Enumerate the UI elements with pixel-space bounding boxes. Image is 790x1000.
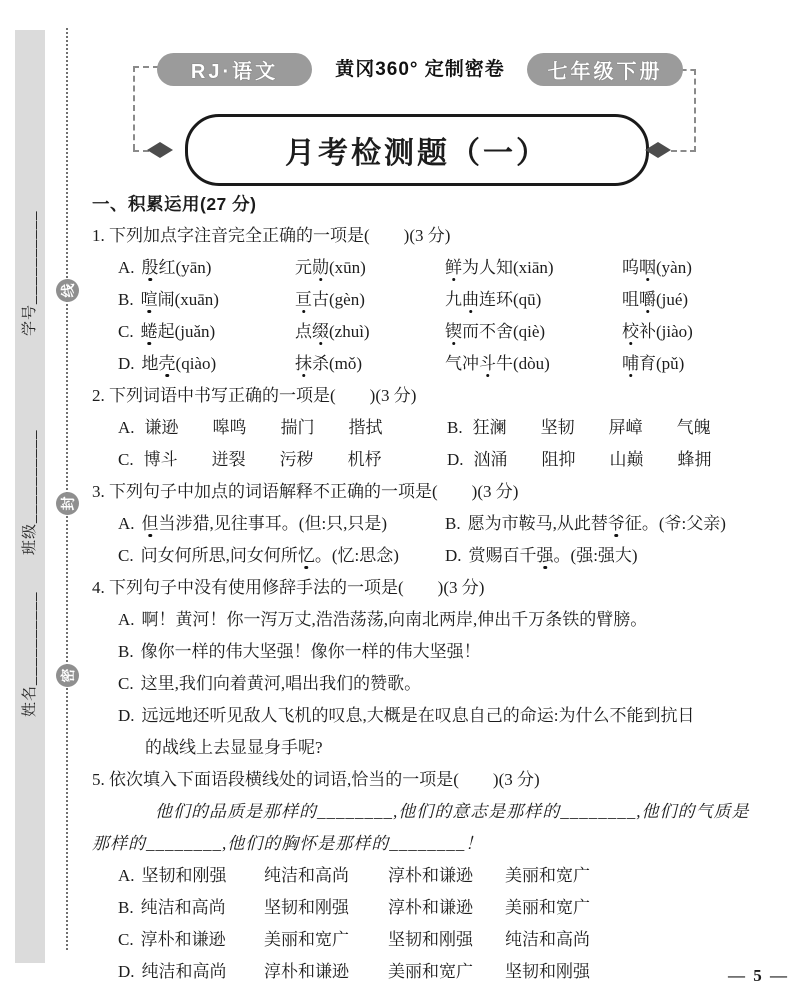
q5-paragraph-line1: 他们的品质是那样的________,他们的意志是那样的________,他们的气…: [92, 796, 714, 828]
q1-row-b: B.喧闹(xuān) 亘古(gèn) 九曲连环(qū) 咀嚼(jué): [92, 284, 714, 316]
option-label: A.: [118, 610, 135, 629]
option-text: 问女何所思,问女何所忆。(忆:思念): [141, 546, 399, 565]
option-text: 这里,我们向着黄河,唱出我们的赞歌。: [141, 674, 422, 693]
option-group-b: B. 狂澜 坚韧 屏嶂 气魄: [447, 412, 714, 444]
option-label: B.: [447, 412, 463, 444]
option-cell: 元勋(xūn): [295, 252, 445, 284]
option-label: C.: [118, 674, 134, 693]
class-label: 班级__________: [19, 415, 41, 555]
word: 屏嶂: [609, 412, 643, 444]
word: 坚韧: [541, 412, 575, 444]
q4-option-a: A.啊！黄河！你一泻万丈,浩浩荡荡,向南北两岸,伸出千万条铁的臂膀。: [92, 604, 714, 636]
option-text: 喧闹(xuān): [141, 290, 219, 309]
option-label: A.: [118, 412, 135, 444]
word: 博斗: [144, 444, 178, 476]
paper-title-box: 月考检测题（一）: [185, 114, 649, 186]
seal-char-line: 线: [56, 279, 79, 302]
q4-option-c: C.这里,我们向着黄河,唱出我们的赞歌。: [92, 668, 714, 700]
option-text: 像你一样的伟大坚强！像你一样的伟大坚强！: [141, 642, 481, 661]
word: 汹涌: [474, 444, 508, 476]
option-text: 愿为市鞍马,从此替爷征。(爷:父亲): [468, 514, 726, 533]
option-cell: 淳朴和谦逊: [388, 892, 505, 924]
q1-stem: 1. 下列加点字注音完全正确的一项是( )(3 分): [92, 220, 714, 252]
option-cell: A.殷红(yān): [118, 252, 295, 284]
option-cell: 咀嚼(jué): [622, 284, 714, 316]
question-3: 3. 下列句子中加点的词语解释不正确的一项是( )(3 分) A.但当涉猎,见往…: [92, 476, 714, 572]
q4-stem: 4. 下列句子中没有使用修辞手法的一项是( )(3 分): [92, 572, 714, 604]
seal-char-mi: 密: [56, 664, 79, 687]
option-label: D.: [118, 962, 135, 981]
option-text: 啊！黄河！你一泻万丈,浩浩荡荡,向南北两岸,伸出千万条铁的臂膀。: [142, 610, 648, 629]
option-text: 赏赐百千强。(强:强大): [469, 546, 638, 565]
option-text: 纯洁和高尚: [141, 898, 226, 917]
option-cell: 点缀(zhuì): [295, 316, 445, 348]
option-text: 坚韧和刚强: [142, 866, 227, 885]
option-cell: D.赏赐百千强。(强:强大): [445, 540, 714, 572]
option-cell: 美丽和宽广: [264, 924, 388, 956]
q2-row-cd: C. 博斗 迸裂 污秽 机杼 D. 汹涌 阻抑 山巅 蜂拥: [92, 444, 714, 476]
option-cell: B.纯洁和高尚: [118, 892, 264, 924]
word: 迸裂: [212, 444, 246, 476]
q5-row-a: A.坚韧和刚强 纯洁和高尚 淳朴和谦逊 美丽和宽广: [92, 860, 714, 892]
option-group-d: D. 汹涌 阻抑 山巅 蜂拥: [447, 444, 714, 476]
dashed-connector-right-vertical: [694, 69, 696, 152]
q3-stem: 3. 下列句子中加点的词语解释不正确的一项是( )(3 分): [92, 476, 714, 508]
q2-stem: 2. 下列词语中书写正确的一项是( )(3 分): [92, 380, 714, 412]
q5-row-d: D.纯洁和高尚 淳朴和谦逊 美丽和宽广 坚韧和刚强: [92, 956, 714, 988]
option-text: 殷红(yān): [142, 258, 212, 277]
option-cell: 美丽和宽广: [505, 892, 714, 924]
student-id-label: 学号__________: [19, 196, 41, 336]
option-cell: D.地壳(qiào): [118, 348, 295, 380]
option-text: 纯洁和高尚: [142, 962, 227, 981]
option-cell: 坚韧和刚强: [388, 924, 505, 956]
word: 狂澜: [473, 412, 507, 444]
grade-badge: 七年级下册: [527, 53, 683, 86]
q4-option-d-continuation: 的战线上去显显身手呢?: [92, 732, 714, 764]
word: 蜂拥: [678, 444, 712, 476]
q5-stem: 5. 依次填入下面语段横线处的词语,恰当的一项是( )(3 分): [92, 764, 714, 796]
seal-dotted-line: [66, 28, 68, 950]
word: 污秽: [280, 444, 314, 476]
option-text: 淳朴和谦逊: [141, 930, 226, 949]
option-label: D.: [447, 444, 464, 476]
word: 气魄: [677, 412, 711, 444]
word: 山巅: [610, 444, 644, 476]
option-cell: 美丽和宽广: [505, 860, 714, 892]
option-cell: 气冲斗牛(dòu): [445, 348, 622, 380]
dashed-connector-left-vertical: [133, 66, 135, 150]
page-number: — 5 —: [728, 966, 789, 986]
question-2: 2. 下列词语中书写正确的一项是( )(3 分) A. 谦逊 嗥鸣 揣门 揩拭 …: [92, 380, 714, 476]
brand-title: 黄冈360° 定制密卷: [315, 55, 525, 85]
word: 机杼: [348, 444, 382, 476]
option-label: C.: [118, 322, 134, 341]
dashed-connector-right-top: [681, 69, 696, 71]
option-cell: B.喧闹(xuān): [118, 284, 295, 316]
option-label: D.: [118, 354, 135, 373]
option-text: 地壳(qiào): [142, 354, 217, 373]
option-cell: 校补(jiào): [622, 316, 714, 348]
option-label: B.: [118, 898, 134, 917]
section-heading: 一、积累运用(27 分): [92, 188, 714, 220]
option-cell: 鲜为人知(xiān): [445, 252, 622, 284]
option-cell: 九曲连环(qū): [445, 284, 622, 316]
q3-row-ab: A.但当涉猎,见往事耳。(但:只,只是) B.愿为市鞍马,从此替爷征。(爷:父亲…: [92, 508, 714, 540]
name-label: 姓名__________: [19, 577, 41, 717]
word: 揩拭: [349, 412, 383, 444]
option-label: D.: [445, 546, 462, 565]
q2-row-ab: A. 谦逊 嗥鸣 揣门 揩拭 B. 狂澜 坚韧 屏嶂 气魄: [92, 412, 714, 444]
option-cell: 坚韧和刚强: [505, 956, 714, 988]
option-label: C.: [118, 546, 134, 565]
option-cell: 纯洁和高尚: [264, 860, 388, 892]
q3-row-cd: C.问女何所思,问女何所忆。(忆:思念) D.赏赐百千强。(强:强大): [92, 540, 714, 572]
option-text: 远远地还听见敌人飞机的叹息,大概是在叹息自己的命运:为什么不能到抗日: [142, 706, 695, 725]
option-cell: 哺育(pǔ): [622, 348, 714, 380]
paper-title: 月考检测题（一）: [285, 128, 549, 172]
dashed-connector-right-bottom: [671, 150, 696, 152]
option-cell: 纯洁和高尚: [505, 924, 714, 956]
word: 揣门: [281, 412, 315, 444]
option-text: 但当涉猎,见往事耳。(但:只,只是): [142, 514, 388, 533]
option-text: 蜷起(juǎn): [141, 322, 216, 341]
question-4: 4. 下列句子中没有使用修辞手法的一项是( )(3 分) A.啊！黄河！你一泻万…: [92, 572, 714, 764]
exam-body: 一、积累运用(27 分) 1. 下列加点字注音完全正确的一项是( )(3 分) …: [92, 188, 714, 988]
option-cell: 美丽和宽广: [388, 956, 505, 988]
q1-row-a: A.殷红(yān) 元勋(xūn) 鲜为人知(xiān) 呜咽(yàn): [92, 252, 714, 284]
q5-row-b: B.纯洁和高尚 坚韧和刚强 淳朴和谦逊 美丽和宽广: [92, 892, 714, 924]
option-label: B.: [118, 290, 134, 309]
option-cell: 抹杀(mǒ): [295, 348, 445, 380]
q5-paragraph-line2: 那样的________,他们的胸怀是那样的________！: [92, 828, 714, 860]
option-cell: D.纯洁和高尚: [118, 956, 264, 988]
word: 阻抑: [542, 444, 576, 476]
option-cell: B.愿为市鞍马,从此替爷征。(爷:父亲): [445, 508, 726, 540]
option-label: B.: [445, 514, 461, 533]
seal-char-feng: 封: [56, 492, 79, 515]
option-cell: C.问女何所思,问女何所忆。(忆:思念): [118, 540, 445, 572]
option-cell: 亘古(gèn): [295, 284, 445, 316]
option-group-c: C. 博斗 迸裂 污秽 机杼: [118, 444, 447, 476]
option-label: C.: [118, 444, 134, 476]
option-cell: 锲而不舍(qiè): [445, 316, 622, 348]
option-cell: 坚韧和刚强: [264, 892, 388, 924]
q1-row-d: D.地壳(qiào) 抹杀(mǒ) 气冲斗牛(dòu) 哺育(pǔ): [92, 348, 714, 380]
word: 嗥鸣: [213, 412, 247, 444]
q4-option-d: D.远远地还听见敌人飞机的叹息,大概是在叹息自己的命运:为什么不能到抗日: [92, 700, 714, 732]
option-label: A.: [118, 258, 135, 277]
option-label: D.: [118, 706, 135, 725]
option-cell: A.坚韧和刚强: [118, 860, 264, 892]
q5-row-c: C.淳朴和谦逊 美丽和宽广 坚韧和刚强 纯洁和高尚: [92, 924, 714, 956]
option-label: C.: [118, 930, 134, 949]
option-cell: C.蜷起(juǎn): [118, 316, 295, 348]
word: 谦逊: [145, 412, 179, 444]
question-5: 5. 依次填入下面语段横线处的词语,恰当的一项是( )(3 分) 他们的品质是那…: [92, 764, 714, 988]
option-cell: 淳朴和谦逊: [388, 860, 505, 892]
option-cell: C.淳朴和谦逊: [118, 924, 264, 956]
q1-row-c: C.蜷起(juǎn) 点缀(zhuì) 锲而不舍(qiè) 校补(jiào): [92, 316, 714, 348]
option-cell: A.但当涉猎,见往事耳。(但:只,只是): [118, 508, 445, 540]
dashed-connector-left-bottom: [133, 150, 149, 152]
dashed-connector-left-top: [133, 66, 159, 68]
option-label: B.: [118, 642, 134, 661]
option-cell: 淳朴和谦逊: [264, 956, 388, 988]
question-1: 1. 下列加点字注音完全正确的一项是( )(3 分) A.殷红(yān) 元勋(…: [92, 220, 714, 380]
option-label: A.: [118, 514, 135, 533]
q4-option-b: B.像你一样的伟大坚强！像你一样的伟大坚强！: [92, 636, 714, 668]
edition-badge: RJ·语文: [157, 53, 312, 86]
option-group-a: A. 谦逊 嗥鸣 揣门 揩拭: [118, 412, 447, 444]
diamond-left-icon: [147, 142, 173, 158]
option-cell: 呜咽(yàn): [622, 252, 714, 284]
option-label: A.: [118, 866, 135, 885]
